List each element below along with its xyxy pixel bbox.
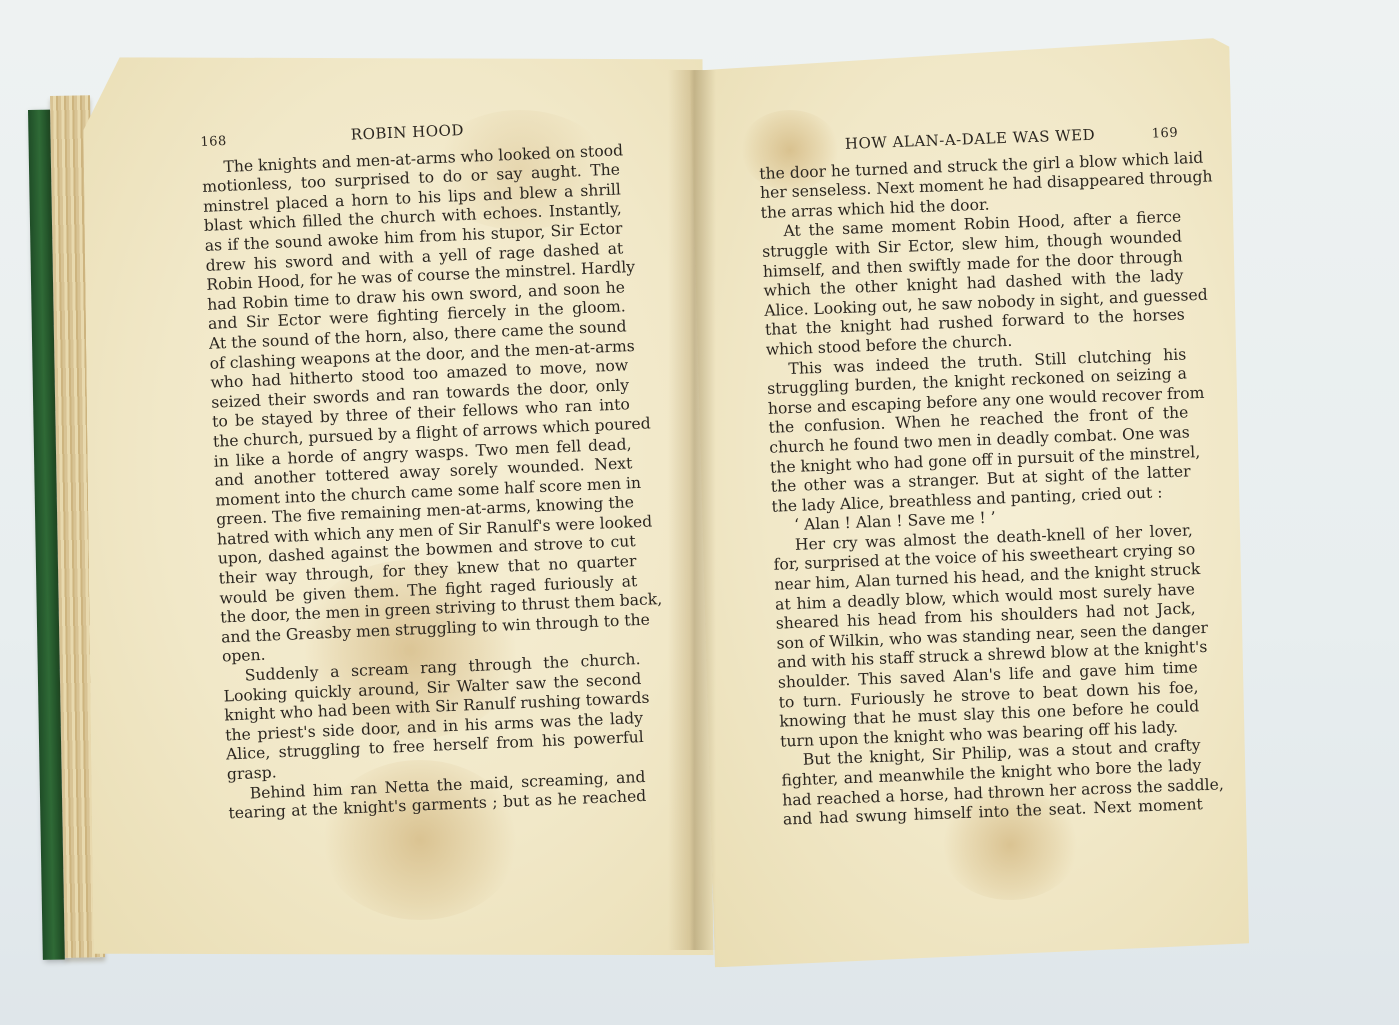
right-page-text: HOW ALAN-A-DALE WAS WED 169 the door he … [758,123,1203,831]
page-number: 168 [200,132,227,153]
left-page-text: 168 ROBIN HOOD The knights and men-at-ar… [200,114,647,824]
right-body-text: the door he turned and struck the girl a… [759,149,1203,830]
left-body-text: The knights and men-at-arms who looked o… [201,141,647,824]
open-book-photo: 168 ROBIN HOOD The knights and men-at-ar… [0,0,1399,1025]
page-number: 169 [1151,124,1178,145]
chapter-running-title: ROBIN HOOD [350,121,464,145]
